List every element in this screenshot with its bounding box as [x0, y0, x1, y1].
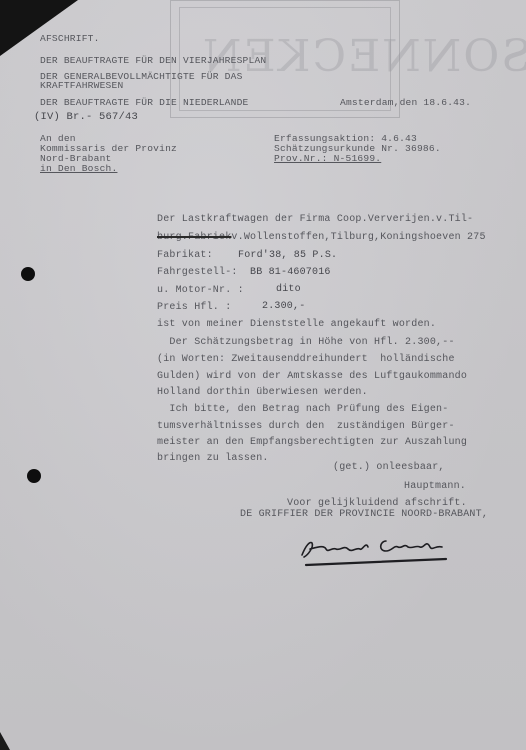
body-line: Der Lastkraftwagen der Firma Coop.Verver…	[157, 213, 473, 226]
sender-line: DER BEAUFTRAGTE FÜR DIE NIEDERLANDE	[40, 97, 249, 108]
motor-value: dito	[276, 283, 301, 296]
fahrgestell-value: BB 81-4607016	[250, 266, 331, 279]
document-heading: AFSCHRIFT.	[40, 33, 100, 44]
fabrikat-label: Fabrikat:	[157, 249, 213, 262]
addressee-line: in Den Bosch.	[40, 164, 117, 174]
rank: Hauptmann.	[404, 480, 466, 493]
fabrikat-value: Ford'38, 85 P.S.	[238, 249, 337, 262]
signed-note: (get.) onleesbaar,	[333, 461, 445, 474]
body-line: (in Worten: Zweitausenddreihundert hollä…	[157, 353, 455, 366]
office-line: DE GRIFFIER DER PROVINCIE NOORD-BRABANT,	[240, 508, 488, 521]
reference-number: (IV) Br.- 567/43	[34, 112, 138, 123]
punch-hole-icon	[21, 267, 35, 281]
fahrgestell-label: Fahrgestell-:	[157, 266, 238, 279]
punch-hole-icon	[27, 469, 41, 483]
black-corner-fold	[0, 0, 78, 56]
signature-icon	[296, 527, 456, 567]
body-line: Holland dorthin überwiesen werden.	[157, 386, 368, 399]
preis-label: Preis Hfl. :	[157, 301, 231, 314]
preis-value: 2.300,-	[262, 300, 305, 313]
body-line: tumsverhältnisses durch den zuständigen …	[157, 420, 455, 433]
case-info-line: Prov.Nr.: N-51699.	[274, 154, 381, 164]
body-line: meister an den Empfangsberechtigten zur …	[157, 436, 467, 449]
struck-text: burg.Fabriek	[157, 232, 231, 243]
body-text: v.Wollenstoffen,Tilburg,Koningshoeven 27…	[231, 232, 485, 243]
body-line: ist von meiner Dienststelle angekauft wo…	[157, 318, 436, 331]
body-line: Gulden) wird von der Amtskasse des Luftg…	[157, 370, 467, 383]
body-line: Der Schätzungsbetrag in Höhe von Hfl. 2.…	[157, 336, 455, 349]
black-corner-bottom	[0, 732, 10, 750]
motor-label: u. Motor-Nr. :	[157, 284, 244, 297]
document-page: SONNECKEN AFSCHRIFT. DER BEAUFTRAGTE FÜR…	[0, 0, 526, 750]
body-line: burg.Fabriekv.Wollenstoffen,Tilburg,Koni…	[157, 231, 486, 244]
place-date: Amsterdam,den 18.6.43.	[340, 97, 471, 108]
body-line: bringen zu lassen.	[157, 452, 269, 465]
sender-line: KRAFTFAHRWESEN	[40, 81, 123, 90]
sender-line: DER BEAUFTRAGTE FÜR DEN VIERJAHRESPLAN	[40, 55, 266, 66]
body-line: Ich bitte, den Betrag nach Prüfung des E…	[157, 403, 448, 416]
